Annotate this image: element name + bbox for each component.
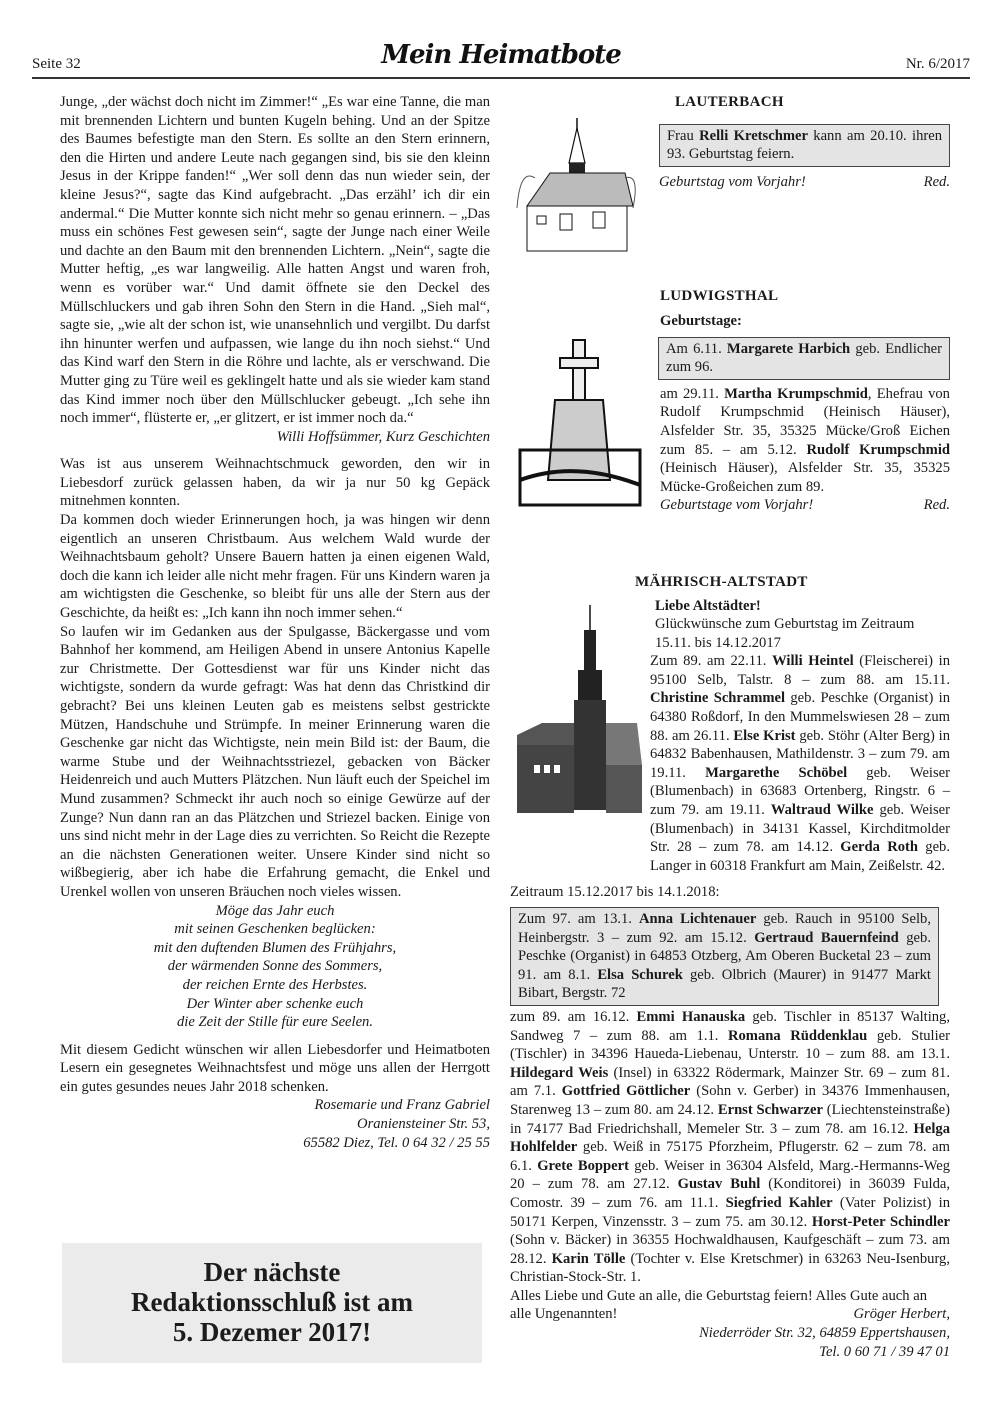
lauterbach-highlight-box: Frau Relli Kretschmer kann am 20.10. ihr… [659, 124, 950, 167]
church-float-spacer [510, 652, 650, 870]
ludwigsthal-highlight-box: Am 6.11. Margarete Harbich geb. Endliche… [658, 337, 950, 380]
poem-line: Möge das Jahr euch [60, 902, 490, 921]
person-name: Martha Krumpschmid [724, 386, 868, 402]
person-name: Hildegard Weis [510, 1065, 608, 1081]
person-name: Christine Schrammel [650, 690, 785, 706]
author-line: Rosemarie und Franz Gabriel [60, 1096, 490, 1115]
section-subtitle: Geburtstage: [660, 312, 950, 331]
issue-number: Nr. 6/2017 [906, 56, 970, 73]
ludwigsthal-note: Geburtstage vom Vorjahr! Red. [660, 496, 950, 515]
editor-mark: Red. [924, 496, 950, 515]
altstadt-list-2: zum 89. am 16.12. Emmi Hanauska geb. Tis… [510, 1008, 950, 1287]
poem-line: mit den duftenden Blumen des Frühjahrs, [60, 939, 490, 958]
person-name: Romana Rüddenklau [728, 1028, 867, 1044]
person-name: Gertraud Bauernfeind [754, 930, 899, 946]
altstadt-intro-block: Liebe Altstädter! Glückwünsche zum Gebur… [655, 597, 950, 653]
person-name: Emmi Hanauska [637, 1009, 746, 1025]
signature-line: Tel. 0 60 71 / 39 47 01 [510, 1343, 950, 1362]
intro-text: Glückwünsche zum Geburtstag im Zeitraum … [655, 615, 950, 652]
altstadt-highlight-box: Zum 97. am 13.1. Anna Lichtenauer geb. R… [510, 907, 939, 1006]
person-name: Gustav Buhl [678, 1176, 761, 1192]
person-name: Ernst Schwarzer [718, 1102, 823, 1118]
story-paragraph: So laufen wir im Gedanken aus der Spulga… [60, 623, 490, 902]
person-name: Waltraud Wilke [771, 802, 874, 818]
section-title-altstadt: MÄHRISCH-ALTSTADT [635, 573, 950, 592]
person-name: Rudolf Krumpschmid [806, 442, 950, 458]
lauterbach-note: Geburtstag vom Vorjahr! Red. [659, 173, 950, 192]
notice-line: 5. Dezemer 2017! [62, 1317, 482, 1347]
deadline-notice: Der nächste Redaktionsschluß ist am 5. D… [62, 1243, 482, 1363]
person-name: Gerda Roth [840, 839, 918, 855]
period-label: Zeitraum 15.12.2017 bis 14.1.2018: [510, 883, 950, 902]
ludwigsthal-text: am 29.11. Martha Krumpschmid, Ehefrau vo… [660, 385, 950, 497]
section-title-lauterbach: LAUTERBACH [675, 93, 950, 112]
person-name: Elsa Schurek [597, 967, 683, 983]
person-name: Horst-Peter Schindler [812, 1214, 950, 1230]
header-rule [32, 77, 970, 79]
ludwigsthal-section: LUDWIGSTHAL Geburtstage: Am 6.11. Margar… [660, 287, 950, 515]
story-paragraph: Junge, „der wächst doch nicht im Zimmer!… [60, 93, 490, 428]
page-number: Seite 32 [32, 56, 81, 73]
greeting: Liebe Altstädter! [655, 597, 950, 616]
person-name: Gottfried Göttlicher [562, 1083, 690, 1099]
story-column: Junge, „der wächst doch nicht im Zimmer!… [60, 93, 490, 1152]
story-paragraph: Was ist aus unserem Weihnachtschmuck gew… [60, 455, 490, 511]
person-name: Karin Tölle [552, 1251, 626, 1267]
person-name: Siegfried Kahler [726, 1195, 833, 1211]
altstadt-section: MÄHRISCH-ALTSTADT Liebe Altstädter! Glüc… [510, 573, 950, 1361]
person-name: Anna Lichtenauer [639, 911, 756, 927]
author-line: Oraniensteiner Str. 53, [60, 1115, 490, 1134]
poem-line: die Zeit der Stille für eure Seelen. [60, 1013, 490, 1032]
masthead-logo: Mein Heimatbote [381, 40, 621, 70]
person-name: Grete Boppert [537, 1158, 629, 1174]
notice-line: Der nächste [62, 1257, 482, 1287]
person-name: Relli Kretschmer [699, 128, 808, 144]
person-name: Else Krist [733, 728, 795, 744]
poem: Möge das Jahr euch mit seinen Geschenken… [60, 902, 490, 1032]
altstadt-list-1: Zum 89. am 22.11. Willi Heintel (Fleisch… [510, 652, 950, 875]
editor-mark: Red. [924, 173, 950, 192]
signature-line: Niederröder Str. 32, 64859 Eppertshausen… [510, 1324, 950, 1343]
notice-line: Redaktionsschluß ist am [62, 1287, 482, 1317]
section-title-ludwigsthal: LUDWIGSTHAL [660, 287, 950, 306]
story-source: Willi Hoffsümmer, Kurz Geschichten [60, 428, 490, 447]
story-paragraph: Mit diesem Gedicht wünschen wir allen Li… [60, 1041, 490, 1097]
story-paragraph: Da kommen doch wieder Erinnerungen hoch,… [60, 511, 490, 623]
person-name: Margarethe Schöbel [705, 765, 847, 781]
person-name: Willi Heintel [772, 653, 854, 669]
person-name: Margarete Harbich [727, 341, 850, 357]
poem-line: Der Winter aber schenke euch [60, 995, 490, 1014]
poem-line: der reichen Ernte des Herbstes. [60, 976, 490, 995]
poem-line: der wärmenden Sonne des Sommers, [60, 957, 490, 976]
lauterbach-section: LAUTERBACH Frau Relli Kretschmer kann am… [675, 93, 950, 191]
author-line: 65582 Diez, Tel. 0 64 32 / 25 55 [60, 1134, 490, 1153]
page-header: Seite 32 Mein Heimatbote Nr. 6/2017 [32, 40, 970, 80]
birthday-column: LAUTERBACH Frau Relli Kretschmer kann am… [510, 93, 950, 1361]
poem-line: mit seinen Geschenken beglücken: [60, 920, 490, 939]
